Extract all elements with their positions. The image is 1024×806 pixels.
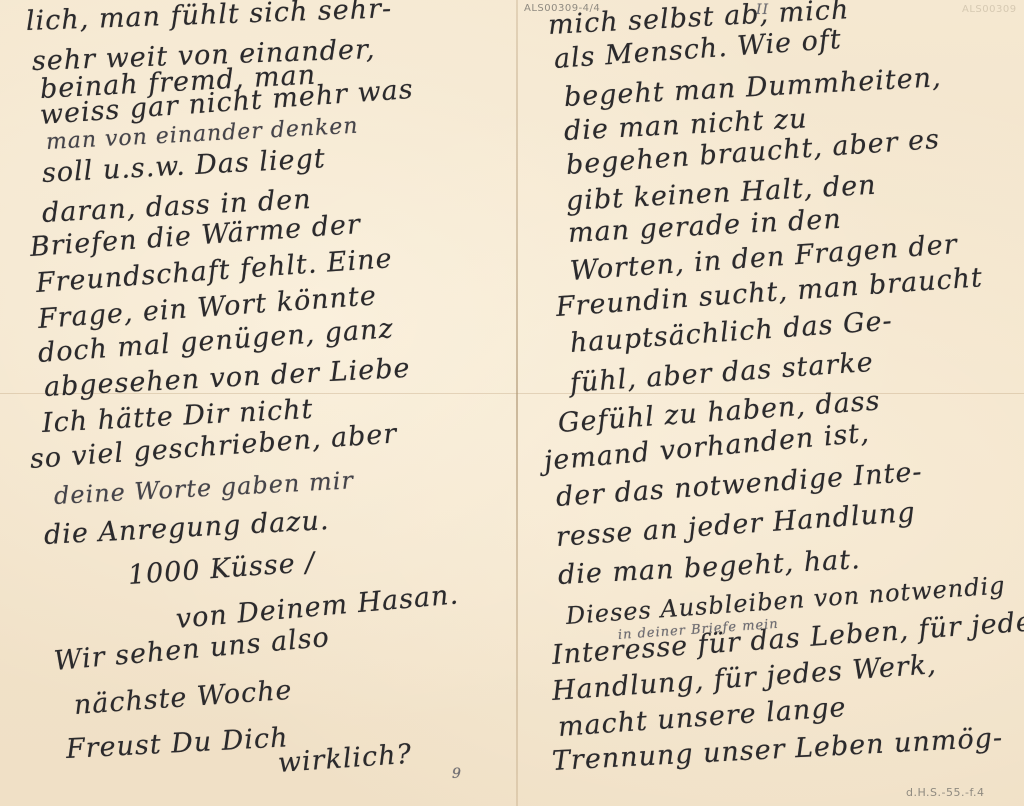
handwritten-line: 1000 Küsse / xyxy=(127,547,316,591)
letter-scan: ALS00309-4/4 ALS00309 d.H.S.-55.-f.4 lic… xyxy=(0,0,1024,806)
handwritten-line: die Anregung dazu. xyxy=(43,505,330,551)
handwritten-line: wirklich? xyxy=(277,739,413,779)
page-number-mark: 9 xyxy=(452,766,462,782)
handwritten-line: Freust Du Dich xyxy=(65,722,289,765)
right-page: II mich selbst ab, mich als Mensch. Wie … xyxy=(518,0,1024,806)
left-page: lich, man fühlt sich sehr- sehr weit von… xyxy=(0,0,516,806)
handwritten-line: lich, man fühlt sich sehr- xyxy=(25,0,392,37)
handwritten-line: deine Worte gaben mir xyxy=(53,466,354,510)
handwritten-line: nächste Woche xyxy=(73,675,294,721)
